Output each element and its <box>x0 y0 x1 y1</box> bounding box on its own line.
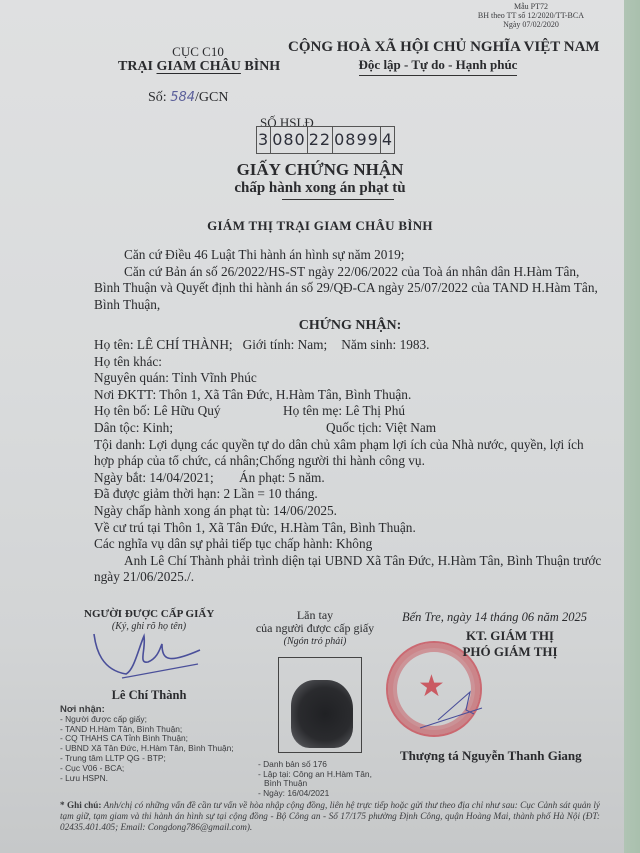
document-title: GIẤY CHỨNG NHẬN <box>200 160 440 180</box>
certificate-document: Mẫu PT72 BH theo TT số 12/2020/TT-BCA Ng… <box>0 0 624 853</box>
fingerprint-heading: Lăn tay của người được cấp giấy (Ngón tr… <box>240 609 390 648</box>
recipient-name: Lê Chí Thành <box>84 688 214 703</box>
issuer-heading: GIÁM THỊ TRẠI GIAM CHÂU BÌNH <box>60 218 580 234</box>
certifies-heading: CHỨNG NHẬN: <box>94 318 606 335</box>
hsld-digit-group: 22 <box>308 127 333 153</box>
official-signature-icon <box>418 690 488 730</box>
official-role: KT. GIÁM THỊ PHÓ GIÁM THỊ <box>410 628 610 660</box>
official-name: Thượng tá Nguyễn Thanh Giang <box>400 748 582 764</box>
hsld-digit-group: 0899 <box>333 127 381 153</box>
form-code: Mẫu PT72 BH theo TT số 12/2020/TT-BCA Ng… <box>478 2 584 29</box>
footnote: * Ghi chú: Anh/chị có những vấn đề cần t… <box>60 800 600 832</box>
recipient-signature-icon <box>88 630 208 686</box>
hsld-digit-group: 080 <box>271 127 308 153</box>
national-header: CỘNG HOÀ XÃ HỘI CHỦ NGHĨA VIỆT NAM Độc l… <box>288 38 588 76</box>
recipient-signature-heading: NGƯỜI ĐƯỢC CẤP GIẤY <box>84 608 214 620</box>
document-subtitle: chấp hành xong án phạt tù <box>200 180 440 197</box>
fingerprint-record: - Danh bản số 176 - Lập tại: Công an H.H… <box>258 760 372 798</box>
distribution-list: Nơi nhận: - Người được cấp giấy; - TAND … <box>60 705 234 783</box>
title-underline <box>282 199 394 200</box>
certificate-body: Căn cứ Điều 46 Luật Thi hành án hình sự … <box>94 247 606 586</box>
hsld-number-box: 30802208994 <box>256 126 395 154</box>
hsld-digit-group: 4 <box>381 127 394 153</box>
hsld-digit-group: 3 <box>257 127 271 153</box>
issuing-agency: CỤC C10 TRẠI GIAM CHÂU BÌNH <box>118 44 278 75</box>
document-number: Số: 584/GCN <box>148 90 228 106</box>
fingerprint-icon <box>291 680 353 748</box>
fingerprint-box <box>278 657 362 753</box>
issue-place-date: Bến Tre, ngày 14 tháng 06 năm 2025 <box>402 610 587 625</box>
